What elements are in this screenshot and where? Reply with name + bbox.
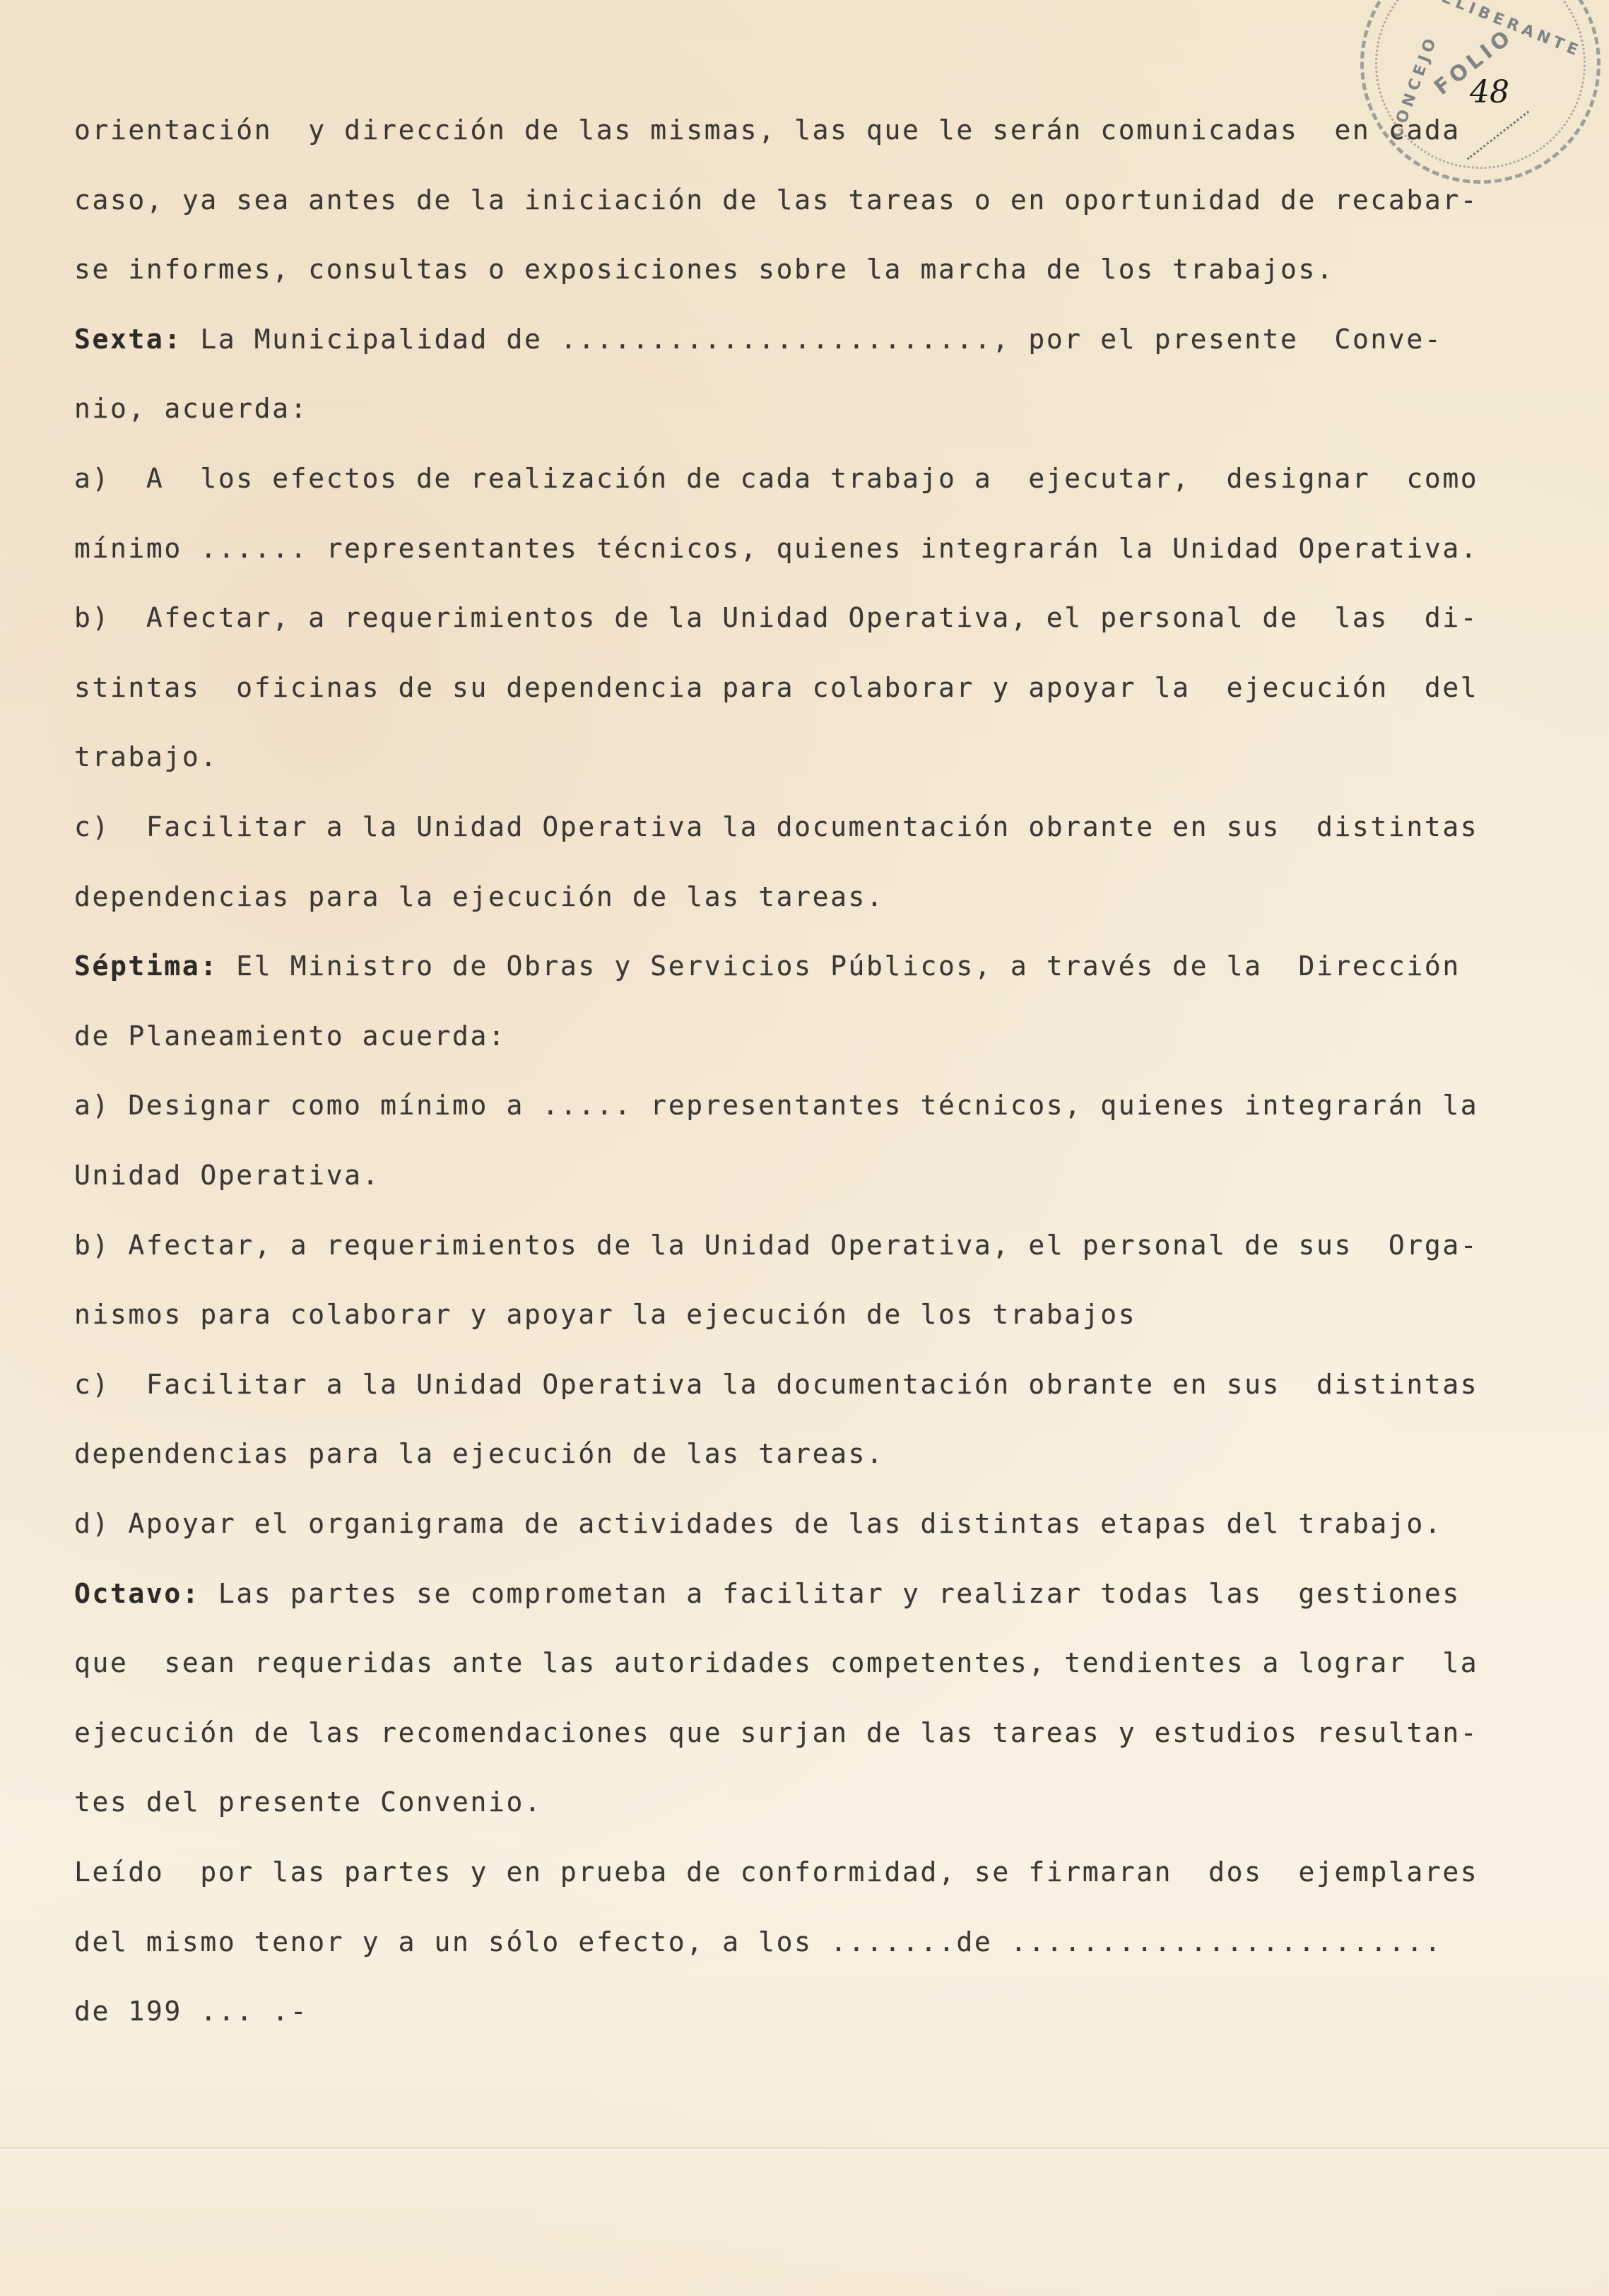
document-page: DELIBERANTE CONCEJO FOLIO 48 orientación… (0, 0, 1609, 2296)
document-line: dependencias para la ejecución de las ta… (74, 1438, 1452, 1469)
document-line: Unidad Operativa. (74, 1160, 1452, 1191)
document-line: c) Facilitar a la Unidad Operativa la do… (74, 811, 1452, 842)
document-line: b) Afectar, a requerimientos de la Unida… (74, 602, 1452, 633)
line-text: c) Facilitar a la Unidad Operativa la do… (74, 1369, 1478, 1400)
document-line: del mismo tenor y a un sólo efecto, a lo… (74, 1926, 1452, 1958)
line-text: trabajo. (74, 741, 218, 772)
document-line: ejecución de las recomendaciones que sur… (74, 1717, 1452, 1748)
document-line: a) A los efectos de realización de cada … (74, 463, 1452, 494)
document-line: tes del presente Convenio. (74, 1786, 1452, 1818)
paper-fold (0, 2147, 1609, 2151)
document-line: b) Afectar, a requerimientos de la Unida… (74, 1230, 1452, 1261)
clause-label: Séptima: (74, 950, 218, 982)
clause-label: Sexta: (74, 324, 182, 355)
line-text: Unidad Operativa. (74, 1160, 380, 1191)
line-text: que sean requeridas ante las autoridades… (74, 1647, 1478, 1678)
document-line: de Planeamiento acuerda: (74, 1020, 1452, 1052)
line-text: La Municipalidad de ....................… (182, 324, 1442, 355)
line-text: nismos para colaborar y apoyar la ejecuc… (74, 1299, 1136, 1330)
line-text: d) Apoyar el organigrama de actividades … (74, 1508, 1442, 1539)
line-text: a) A los efectos de realización de cada … (74, 463, 1478, 494)
line-text: dependencias para la ejecución de las ta… (74, 881, 885, 912)
line-text: b) Afectar, a requerimientos de la Unida… (74, 1230, 1478, 1261)
line-text: nio, acuerda: (74, 393, 308, 424)
line-text: Las partes se comprometan a facilitar y … (200, 1578, 1460, 1609)
line-text: b) Afectar, a requerimientos de la Unida… (74, 602, 1478, 633)
line-text: c) Facilitar a la Unidad Operativa la do… (74, 811, 1478, 842)
clause-label: Octavo: (74, 1578, 200, 1609)
document-line: Sexta: La Municipalidad de .............… (74, 324, 1452, 355)
document-line: nio, acuerda: (74, 393, 1452, 424)
line-text: se informes, consultas o exposiciones so… (74, 254, 1334, 285)
line-text: Leído por las partes y en prueba de conf… (74, 1856, 1478, 1888)
document-line: que sean requeridas ante las autoridades… (74, 1647, 1452, 1678)
line-text: de 199 ... .- (74, 1996, 308, 2027)
document-line: a) Designar como mínimo a ..... represen… (74, 1090, 1452, 1121)
document-line: se informes, consultas o exposiciones so… (74, 254, 1452, 285)
document-line: Séptima: El Ministro de Obras y Servicio… (74, 950, 1452, 982)
line-text: dependencias para la ejecución de las ta… (74, 1438, 885, 1469)
document-line: orientación y dirección de las mismas, l… (74, 114, 1452, 146)
document-line: trabajo. (74, 741, 1452, 772)
document-line: c) Facilitar a la Unidad Operativa la do… (74, 1369, 1452, 1400)
line-text: tes del presente Convenio. (74, 1786, 542, 1818)
document-line: caso, ya sea antes de la iniciación de l… (74, 184, 1452, 216)
line-text: del mismo tenor y a un sólo efecto, a lo… (74, 1926, 1442, 1958)
document-line: dependencias para la ejecución de las ta… (74, 881, 1452, 912)
document-line: Leído por las partes y en prueba de conf… (74, 1856, 1452, 1888)
line-text: mínimo ...... representantes técnicos, q… (74, 533, 1478, 564)
line-text: El Ministro de Obras y Servicios Público… (218, 950, 1461, 982)
document-line: de 199 ... .- (74, 1996, 1452, 2027)
line-text: de Planeamiento acuerda: (74, 1020, 506, 1052)
line-text: stintas oficinas de su dependencia para … (74, 672, 1478, 703)
line-text: ejecución de las recomendaciones que sur… (74, 1717, 1478, 1748)
document-line: nismos para colaborar y apoyar la ejecuc… (74, 1299, 1452, 1330)
folio-number: 48 (1470, 74, 1509, 110)
line-text: orientación y dirección de las mismas, l… (74, 114, 1461, 146)
line-text: a) Designar como mínimo a ..... represen… (74, 1090, 1478, 1121)
line-text: caso, ya sea antes de la iniciación de l… (74, 184, 1478, 216)
document-line: Octavo: Las partes se comprometan a faci… (74, 1578, 1452, 1609)
document-line: d) Apoyar el organigrama de actividades … (74, 1508, 1452, 1539)
document-line: mínimo ...... representantes técnicos, q… (74, 533, 1452, 564)
document-line: stintas oficinas de su dependencia para … (74, 672, 1452, 703)
